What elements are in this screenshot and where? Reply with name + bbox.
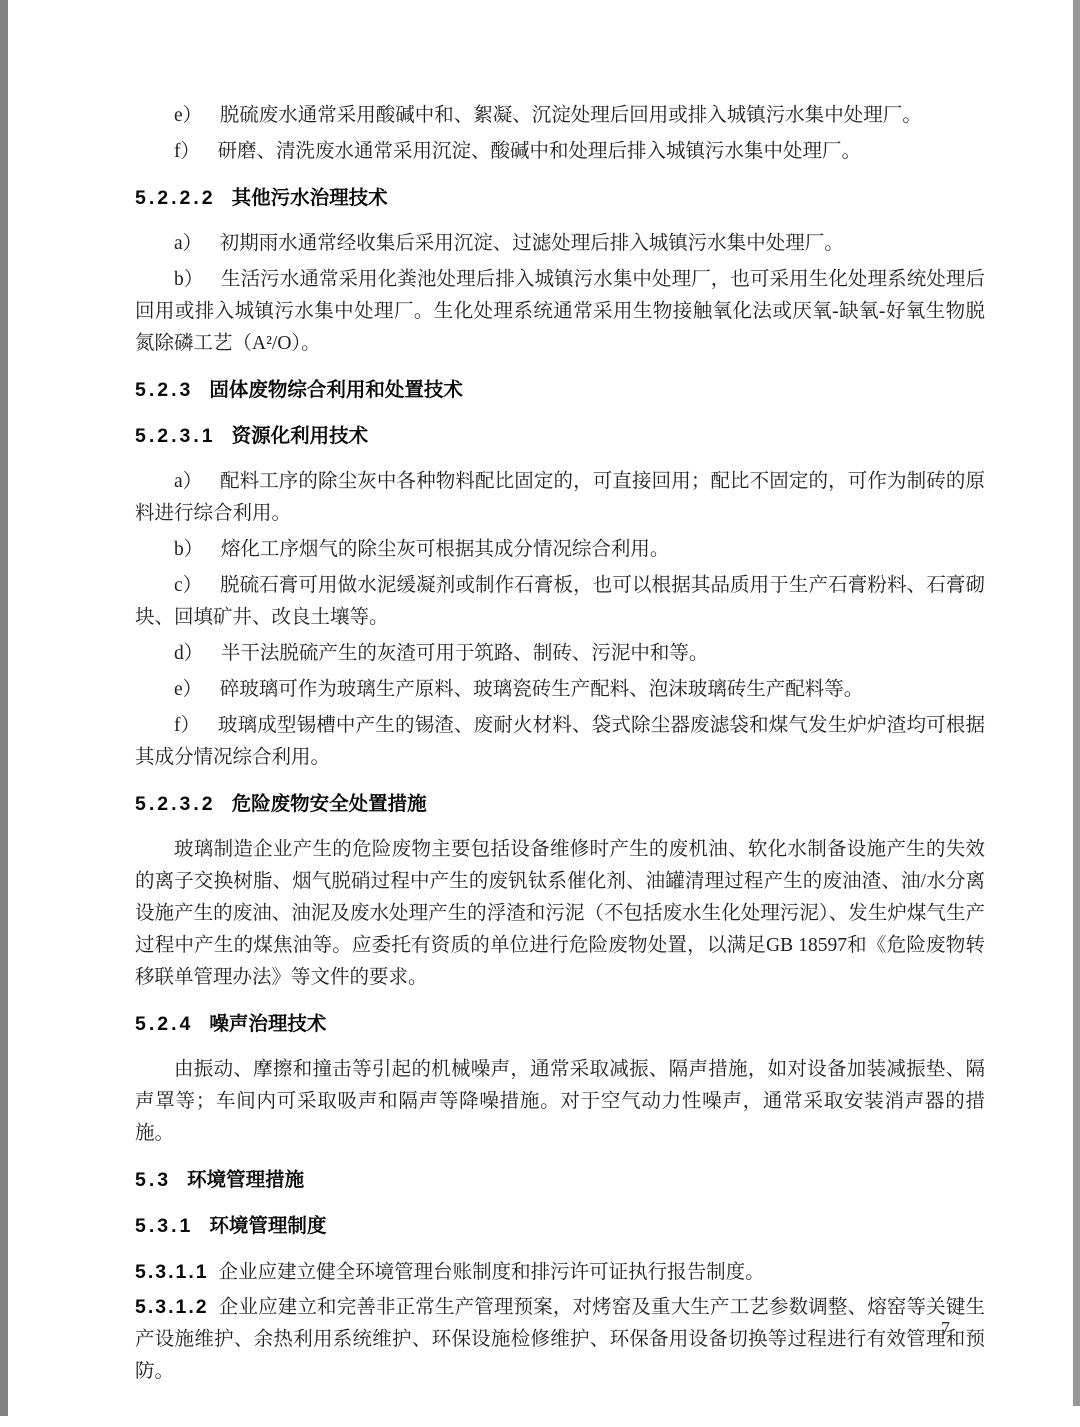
paragraph: 玻璃制造企业产生的危险废物主要包括设备维修时产生的废机油、软化水制备设施产生的失… (135, 834, 985, 994)
item-text: 碎玻璃可作为玻璃生产原料、玻璃瓷砖生产配料、泡沫玻璃砖生产配料等。 (220, 679, 864, 700)
clause: 5.3.1.1企业应建立健全环境管理台账制度和排污许可证执行报告制度。 (135, 1256, 985, 1289)
heading-number: 5.2.3 (135, 379, 193, 401)
item-label: a） (174, 471, 202, 492)
list-item: e）脱硫废水通常采用酸碱中和、絮凝、沉淀处理后回用或排入城镇污水集中处理厂。 (135, 100, 985, 132)
item-text: 初期雨水通常经收集后采用沉淀、过滤处理后排入城镇污水集中处理厂。 (220, 233, 844, 254)
item-label: e） (174, 679, 202, 700)
heading-number: 5.2.3.1 (135, 425, 216, 447)
heading-number: 5.3 (135, 1169, 171, 1191)
section-heading: 5.2.3固体废物综合利用和处置技术 (135, 374, 985, 406)
list-item: a）配料工序的除尘灰中各种物料配比固定的，可直接回用；配比不固定的，可作为制砖的… (135, 466, 985, 530)
section-heading: 5.2.3.2危险废物安全处置措施 (135, 788, 985, 820)
item-text: 脱硫废水通常采用酸碱中和、絮凝、沉淀处理后回用或排入城镇污水集中处理厂。 (220, 105, 922, 126)
list-item: d）半干法脱硫产生的灰渣可用于筑路、制砖、污泥中和等。 (135, 638, 985, 670)
clause-number: 5.3.1.1 (135, 1261, 209, 1283)
item-text: 熔化工序烟气的除尘灰可根据其成分情况综合利用。 (221, 539, 670, 560)
heading-number: 5.3.1 (135, 1215, 193, 1237)
list-item: e）碎玻璃可作为玻璃生产原料、玻璃瓷砖生产配料、泡沫玻璃砖生产配料等。 (135, 674, 985, 706)
scan-edge-left (0, 0, 8, 1416)
heading-number: 5.2.2.2 (135, 187, 216, 209)
section-heading: 5.3环境管理措施 (135, 1164, 985, 1196)
section-heading: 5.3.1环境管理制度 (135, 1210, 985, 1242)
heading-title: 其他污水治理技术 (232, 187, 388, 209)
list-item: f）研磨、清洗废水通常采用沉淀、酸碱中和处理后排入城镇污水集中处理厂。 (135, 136, 985, 168)
heading-title: 环境管理措施 (187, 1169, 304, 1191)
item-text: 研磨、清洗废水通常采用沉淀、酸碱中和处理后排入城镇污水集中处理厂。 (218, 141, 862, 162)
list-item: b）熔化工序烟气的除尘灰可根据其成分情况综合利用。 (135, 534, 985, 566)
document-content: e）脱硫废水通常采用酸碱中和、絮凝、沉淀处理后回用或排入城镇污水集中处理厂。 f… (135, 96, 985, 1390)
clause-number: 5.3.1.2 (135, 1296, 209, 1318)
heading-title: 固体废物综合利用和处置技术 (209, 379, 463, 401)
list-item: a）初期雨水通常经收集后采用沉淀、过滤处理后排入城镇污水集中处理厂。 (135, 228, 985, 260)
item-label: b） (174, 539, 203, 560)
heading-title: 资源化利用技术 (232, 425, 369, 447)
item-label: e） (174, 105, 202, 126)
item-text: 生活污水通常采用化粪池处理后排入城镇污水集中处理厂，也可采用生化处理系统处理后回… (135, 269, 985, 354)
section-heading: 5.2.4噪声治理技术 (135, 1008, 985, 1040)
clause: 5.3.1.2企业应建立和完善非正常生产管理预案，对烤窑及重大生产工艺参数调整、… (135, 1291, 985, 1388)
clause-text: 企业应建立健全环境管理台账制度和排污许可证执行报告制度。 (219, 1262, 765, 1283)
document-page: e）脱硫废水通常采用酸碱中和、絮凝、沉淀处理后回用或排入城镇污水集中处理厂。 f… (0, 0, 1080, 1427)
page-number: 7 (941, 1318, 950, 1339)
item-label: f） (174, 715, 200, 736)
item-text: 脱硫石膏可用做水泥缓凝剂或制作石膏板，也可以根据其品质用于生产石膏粉料、石膏砌块… (135, 575, 985, 628)
clause-text: 企业应建立和完善非正常生产管理预案，对烤窑及重大生产工艺参数调整、熔窑等关键生产… (135, 1297, 985, 1382)
section-heading: 5.2.2.2其他污水治理技术 (135, 182, 985, 214)
list-item: c）脱硫石膏可用做水泥缓凝剂或制作石膏板，也可以根据其品质用于生产石膏粉料、石膏… (135, 570, 985, 634)
heading-number: 5.2.3.2 (135, 793, 216, 815)
item-label: d） (174, 643, 203, 664)
list-item: f）玻璃成型锡槽中产生的锡渣、废耐火材料、袋式除尘器废滤袋和煤气发生炉炉渣均可根… (135, 710, 985, 774)
paragraph-text: 由振动、摩擦和撞击等引起的机械噪声，通常采取减振、隔声措施，如对设备加装减振垫、… (135, 1059, 985, 1144)
item-label: a） (174, 233, 202, 254)
item-text: 配料工序的除尘灰中各种物料配比固定的，可直接回用；配比不固定的，可作为制砖的原料… (135, 471, 985, 524)
paragraph-text: 玻璃制造企业产生的危险废物主要包括设备维修时产生的废机油、软化水制备设施产生的失… (135, 839, 985, 988)
item-text: 半干法脱硫产生的灰渣可用于筑路、制砖、污泥中和等。 (221, 643, 709, 664)
item-label: f） (174, 141, 200, 162)
item-label: c） (174, 575, 202, 596)
heading-number: 5.2.4 (135, 1013, 193, 1035)
list-item: b）生活污水通常采用化粪池处理后排入城镇污水集中处理厂，也可采用生化处理系统处理… (135, 264, 985, 360)
scan-edge-right (1073, 0, 1080, 1406)
heading-title: 危险废物安全处置措施 (232, 793, 427, 815)
heading-title: 环境管理制度 (209, 1215, 326, 1237)
item-text: 玻璃成型锡槽中产生的锡渣、废耐火材料、袋式除尘器废滤袋和煤气发生炉炉渣均可根据其… (135, 715, 985, 768)
paragraph: 由振动、摩擦和撞击等引起的机械噪声，通常采取减振、隔声措施，如对设备加装减振垫、… (135, 1054, 985, 1150)
item-label: b） (174, 269, 203, 290)
section-heading: 5.2.3.1资源化利用技术 (135, 420, 985, 452)
heading-title: 噪声治理技术 (209, 1013, 326, 1035)
